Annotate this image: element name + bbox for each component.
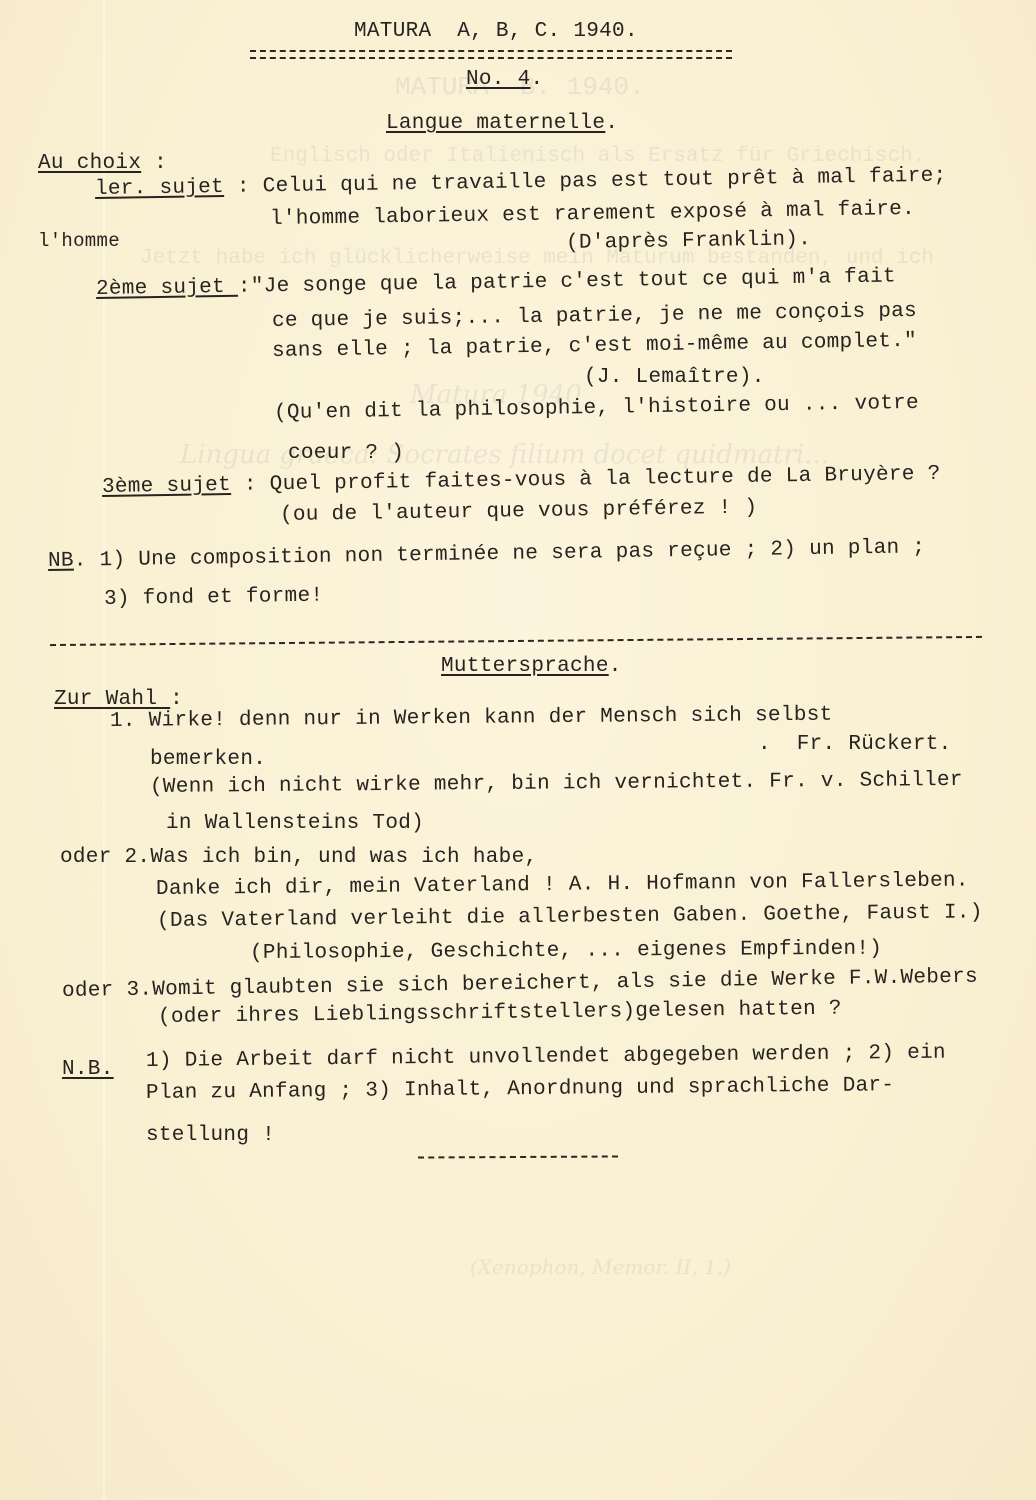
- document-title: MATURA A, B, C. 1940.: [354, 20, 638, 44]
- item-1-quote: (Wenn ich nicht wirke mehr, bin ich vern…: [150, 769, 963, 800]
- subject-3-line: (ou de l'auteur que vous préférez ! ): [280, 497, 758, 528]
- item-2-quote: (Das Vaterland verleiht die allerbesten …: [157, 901, 983, 934]
- note-de-line: stellung !: [146, 1124, 275, 1148]
- item-2-comment: (Philosophie, Geschichte, ... eigenes Em…: [250, 938, 882, 966]
- subject-2-comment: coeur ? ): [288, 442, 404, 466]
- paper-fold-line: [103, 0, 105, 1500]
- item-2: oder 2.Was ich bin, und was ich habe,: [60, 846, 537, 870]
- note-de-label: N.B.: [62, 1058, 114, 1082]
- subject-2-comment: (Qu'en dit la philosophie, l'histoire ou…: [274, 392, 919, 426]
- subject-1: ler. sujet : Celui qui ne travaille pas …: [95, 165, 947, 202]
- choice-heading-fr: Au choix :: [38, 152, 167, 176]
- section-title-german: Muttersprache.: [441, 655, 622, 679]
- bleed-through-text: Englisch oder Italienisch als Ersatz für…: [270, 145, 925, 168]
- item-1: 1. Wirke! denn nur in Werken kann der Me…: [110, 704, 833, 734]
- note-de: 1) Die Arbeit darf nicht unvollendet abg…: [146, 1042, 946, 1074]
- choice-heading-de: Zur Wahl :: [54, 688, 183, 712]
- subject-2-line: sans elle ; la patrie, c'est moi-même au…: [272, 330, 917, 364]
- exam-number: No. 4.: [466, 68, 543, 92]
- subject-1-line: l'homme laborieux est rarement exposé à …: [270, 198, 915, 232]
- item-1-attribution: . Fr. Rückert.: [758, 733, 952, 757]
- document-page: MATURA B. 1940. Englisch oder Italienisc…: [0, 0, 1036, 1500]
- item-1-source: in Wallensteins Tod): [166, 812, 424, 836]
- subject-1-attribution: (D'après Franklin).: [566, 228, 811, 256]
- subject-2-line: ce que je suis;... la patrie, je ne me c…: [272, 300, 917, 334]
- note-de-line: Plan zu Anfang ; 3) Inhalt, Anordnung un…: [146, 1074, 895, 1106]
- title-double-rule: [250, 50, 732, 59]
- section-title-french: Langue maternelle.: [386, 112, 618, 136]
- item-2-line: Danke ich dir, mein Vaterland ! A. H. Ho…: [156, 869, 969, 902]
- section-divider: [50, 636, 982, 646]
- margin-note: l'homme: [38, 229, 120, 253]
- subject-2: 2ème sujet :"Je songe que la patrie c'es…: [96, 265, 896, 302]
- item-1-line: bemerken.: [150, 748, 266, 772]
- note-fr-line: 3) fond et forme!: [104, 585, 324, 612]
- item-3-line: (oder ihres Lieblingsschriftstellers)gel…: [158, 998, 842, 1030]
- subject-2-attribution: (J. Lemaître).: [584, 366, 765, 390]
- bleed-through-text: (Xenophon, Memor. II, 1.): [470, 1255, 731, 1279]
- note-fr: NB. 1) Une composition non terminée ne s…: [48, 536, 926, 574]
- end-rule: [418, 1155, 618, 1158]
